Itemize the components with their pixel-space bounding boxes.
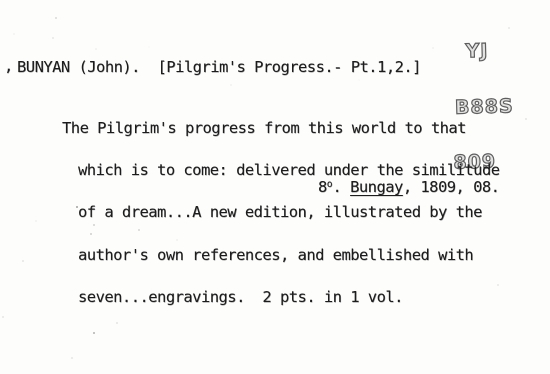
imprint-dates: , 1809, 08. [403,178,500,196]
description-line: The Pilgrim's progress from this world t… [62,121,500,135]
description-line: of a dream...A new edition, illustrated … [62,205,500,219]
stray-comma-mark: , [4,57,13,75]
shelfmark-line-1: YJ [465,41,512,61]
scan-noise-speckles [0,0,2,2]
description-line: seven...engravings. 2 pts. in 1 vol. [62,290,500,304]
format-size: 8 [318,178,327,196]
imprint-line: 8o. Bungay, 1809, 08. [318,178,499,196]
description-line: author's own references, and embellished… [62,248,500,262]
imprint-place: Bungay [350,178,403,196]
description-paragraph: The Pilgrim's progress from this world t… [62,93,500,332]
imprint-separator: . [333,178,351,196]
format-degree-superscript: o [327,179,333,190]
description-line: which is to come: delivered under the si… [62,163,500,177]
heading-author-title: BUNYAN (John). [Pilgrim's Progress.- Pt.… [17,58,421,76]
catalog-card: , BUNYAN (John). [Pilgrim's Progress.- P… [0,0,550,374]
